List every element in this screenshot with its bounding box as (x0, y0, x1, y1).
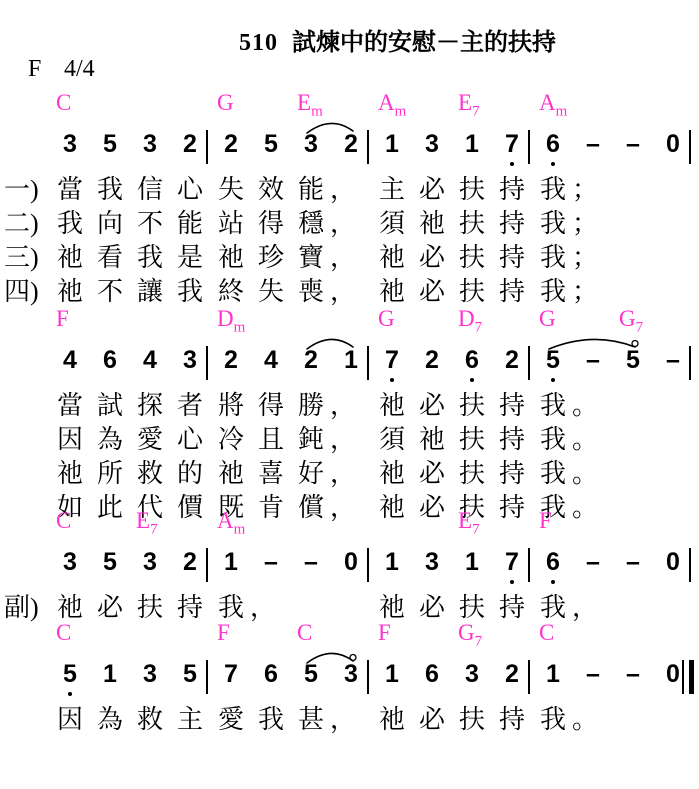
lyric-char: 失 (257, 271, 285, 308)
lyric-char: 心 (176, 169, 204, 206)
lyric-char: 我 (539, 453, 567, 490)
music-system: CE7AmE7F35321––013176––0副)祂必扶持我，祂必扶持我， (0, 506, 699, 620)
barline (367, 130, 369, 164)
music-system: CGEmAmE7Am3532253213176––0一)當我信心失效能，主必扶持… (0, 88, 699, 304)
chord-row: CFCFG7C (0, 618, 699, 652)
barline (528, 548, 530, 582)
duration-dash: – (660, 346, 686, 374)
note: 4 (57, 346, 83, 374)
note: 4 (258, 346, 284, 374)
lyric-char: 因 (56, 419, 84, 456)
chord-subscript: m (234, 320, 246, 336)
note: 2 (499, 660, 525, 688)
chord-subscript: 7 (150, 522, 158, 538)
notes-row: 5135765316321––0 (0, 652, 699, 698)
barline (528, 660, 530, 694)
lyric-char: ， (329, 419, 357, 456)
tie-arc (305, 648, 357, 666)
chord-row: FDmGD7GG7 (0, 304, 699, 338)
lyric-char: 我 (176, 271, 204, 308)
chord-label: G (539, 306, 556, 332)
lyric-char: 持 (498, 419, 526, 456)
note: 3 (459, 660, 485, 688)
lyric-char: 扶 (458, 699, 486, 736)
note: 3 (419, 548, 445, 576)
lyric-char: 愛 (136, 419, 164, 456)
lyric-char: 主 (176, 699, 204, 736)
duration-dash: – (258, 548, 284, 576)
lyric-char: ， (329, 271, 357, 308)
lyric-line: 副)祂必扶持我，祂必扶持我， (0, 586, 699, 620)
lyric-line: 當試探者將得勝，祂必扶持我。 (0, 384, 699, 418)
lyric-char: 必 (418, 453, 446, 490)
lyric-line: 祂所救的祂喜好，祂必扶持我。 (0, 452, 699, 486)
lyric-char: 看 (96, 237, 124, 274)
lyric-char: 我 (539, 169, 567, 206)
lyric-char: 。 (571, 699, 599, 736)
lyric-char: 祂 (378, 271, 406, 308)
note: 2 (177, 548, 203, 576)
lyric-char: 當 (56, 169, 84, 206)
note: 7 (499, 130, 525, 158)
lyric-char: 站 (217, 203, 245, 240)
notes-row: 4643242172625–5– (0, 338, 699, 384)
lyric-char: 的 (176, 453, 204, 490)
lyric-char: 必 (418, 237, 446, 274)
lyric-char: 扶 (458, 271, 486, 308)
barline (689, 346, 691, 380)
chord-label: Am (217, 508, 245, 534)
lyric-char: 能 (176, 203, 204, 240)
lyric-char: 須 (378, 419, 406, 456)
lyric-char: 因 (56, 699, 84, 736)
note: 6 (459, 346, 485, 374)
lyric-char: 我 (257, 699, 285, 736)
lyric-char: 喪 (297, 271, 325, 308)
lyric-char: 得 (257, 203, 285, 240)
lyric-char: 祂 (418, 419, 446, 456)
tie-arc (547, 334, 639, 352)
chord-label: F (539, 508, 552, 534)
chord-label: E7 (458, 90, 480, 116)
lyric-char: 能 (297, 169, 325, 206)
chord-label: Am (378, 90, 406, 116)
lyric-char: 我 (539, 237, 567, 274)
note: 6 (540, 130, 566, 158)
note: 5 (57, 660, 83, 688)
lyric-char: 我 (56, 203, 84, 240)
note: 6 (258, 660, 284, 688)
chord-row: CE7AmE7F (0, 506, 699, 540)
note: 1 (379, 660, 405, 688)
note: 3 (137, 548, 163, 576)
tie-arc (305, 118, 357, 136)
lyric-char: 持 (498, 453, 526, 490)
lyric-char: 愛 (217, 699, 245, 736)
lyric-char: ， (329, 699, 357, 736)
note: 1 (540, 660, 566, 688)
duration-dash: – (620, 130, 646, 158)
hymn-number: 510 (239, 30, 278, 56)
note: 5 (97, 130, 123, 158)
lyric-char: 持 (498, 385, 526, 422)
low-octave-dot (510, 162, 514, 166)
lyric-char: 當 (56, 385, 84, 422)
lyric-char: 祂 (217, 237, 245, 274)
lyric-char: 鈍 (297, 419, 325, 456)
chord-label: C (297, 620, 312, 646)
lyric-char: ； (571, 169, 599, 206)
lyric-char: 救 (136, 699, 164, 736)
lyric-char: 。 (571, 419, 599, 456)
lyric-char: 祂 (378, 453, 406, 490)
lyric-char: 我 (136, 237, 164, 274)
hymn-sheet: 510試煉中的安慰－主的扶持 F 4/4 CGEmAmE7Am353225321… (0, 0, 699, 789)
key-tonality: F (28, 56, 41, 83)
note: 3 (137, 130, 163, 158)
lyric-char: 必 (418, 271, 446, 308)
note: 2 (419, 346, 445, 374)
lyric-char: 是 (176, 237, 204, 274)
note: 7 (218, 660, 244, 688)
lyric-line: 因為救主愛我甚，祂必扶持我。 (0, 698, 699, 732)
music-systems: CGEmAmE7Am3532253213176––0一)當我信心失效能，主必扶持… (0, 88, 699, 732)
lyric-char: ； (571, 203, 599, 240)
music-system: CFCFG7C5135765316321––0因為救主愛我甚，祂必扶持我。 (0, 618, 699, 732)
lyric-char: 心 (176, 419, 204, 456)
chord-label: F (56, 306, 69, 332)
lyric-char: 不 (136, 203, 164, 240)
barline (689, 548, 691, 582)
barline (689, 130, 691, 164)
note: 1 (379, 548, 405, 576)
lyric-char: 為 (96, 419, 124, 456)
music-system: FDmGD7GG74643242172625–5–當試探者將得勝，祂必扶持我。因… (0, 304, 699, 520)
verse-label: 一) (4, 169, 39, 206)
lyric-char: 我 (539, 385, 567, 422)
verse-label: 四) (4, 271, 39, 308)
lyric-char: 珍 (257, 237, 285, 274)
lyric-char: 我 (539, 699, 567, 736)
lyric-char: 且 (257, 419, 285, 456)
low-octave-dot (68, 692, 72, 696)
lyric-char: 祂 (378, 237, 406, 274)
time-signature: 4/4 (64, 56, 95, 83)
final-barline-thick (689, 660, 694, 694)
note: 2 (177, 130, 203, 158)
barline (528, 346, 530, 380)
lyric-char: 穩 (297, 203, 325, 240)
chord-label: G (378, 306, 395, 332)
chord-label: E7 (458, 508, 480, 534)
lyric-char: 甚 (297, 699, 325, 736)
note: 0 (338, 548, 364, 576)
lyric-char: 將 (217, 385, 245, 422)
lyric-char: 為 (96, 699, 124, 736)
chord-label: Dm (217, 306, 245, 332)
lyric-char: 所 (96, 453, 124, 490)
note: 5 (97, 548, 123, 576)
lyric-char: 扶 (458, 453, 486, 490)
lyric-char: 我 (539, 271, 567, 308)
lyric-char: ， (329, 203, 357, 240)
barline (206, 346, 208, 380)
lyric-char: ， (329, 237, 357, 274)
lyric-char: ， (329, 453, 357, 490)
barline (206, 130, 208, 164)
note: 1 (459, 548, 485, 576)
lyric-char: 。 (571, 385, 599, 422)
chord-subscript: m (234, 522, 246, 538)
barline (367, 346, 369, 380)
barline (528, 130, 530, 164)
lyric-char: 效 (257, 169, 285, 206)
chord-subscript: m (395, 104, 407, 120)
duration-dash: – (620, 548, 646, 576)
lyric-char: 扶 (458, 419, 486, 456)
chord-subscript: 7 (472, 104, 480, 120)
note: 6 (419, 660, 445, 688)
chord-label: F (378, 620, 391, 646)
chord-label: G (217, 90, 234, 116)
lyric-char: 試 (96, 385, 124, 422)
lyric-char: 必 (418, 169, 446, 206)
note: 0 (660, 548, 686, 576)
lyric-char: 祂 (378, 385, 406, 422)
chord-label: E7 (136, 508, 158, 534)
lyric-line: 二)我向不能站得穩，須祂扶持我； (0, 202, 699, 236)
duration-dash: – (298, 548, 324, 576)
lyric-char: 扶 (458, 237, 486, 274)
lyric-char: 祂 (378, 699, 406, 736)
note: 3 (419, 130, 445, 158)
lyric-char: 持 (498, 237, 526, 274)
lyric-char: 必 (418, 385, 446, 422)
lyric-char: 寶 (297, 237, 325, 274)
chord-subscript: 7 (475, 634, 483, 650)
page-title: 510試煉中的安慰－主的扶持 (48, 22, 699, 57)
lyric-char: 祂 (56, 453, 84, 490)
chord-label: G7 (458, 620, 482, 646)
note: 1 (97, 660, 123, 688)
chord-subscript: m (556, 104, 568, 120)
low-octave-dot (551, 378, 555, 382)
lyric-char: 喜 (257, 453, 285, 490)
note: 3 (137, 660, 163, 688)
note: 0 (660, 660, 686, 688)
lyric-line: 四)祂不讓我終失喪，祂必扶持我； (0, 270, 699, 304)
barline (367, 548, 369, 582)
lyric-char: 終 (217, 271, 245, 308)
note: 1 (459, 130, 485, 158)
duration-dash: – (620, 660, 646, 688)
note: 0 (660, 130, 686, 158)
notes-row: 3532253213176––0 (0, 122, 699, 168)
lyric-line: 一)當我信心失效能，主必扶持我； (0, 168, 699, 202)
note: 3 (57, 130, 83, 158)
low-octave-dot (390, 378, 394, 382)
lyric-char: 持 (498, 203, 526, 240)
lyric-char: 持 (498, 699, 526, 736)
note: 6 (97, 346, 123, 374)
duration-dash: – (580, 548, 606, 576)
lyric-char: 探 (136, 385, 164, 422)
note: 7 (499, 548, 525, 576)
lyric-char: 必 (418, 699, 446, 736)
lyric-char: 信 (136, 169, 164, 206)
note: 5 (177, 660, 203, 688)
lyric-char: 冷 (217, 419, 245, 456)
note: 6 (540, 548, 566, 576)
note: 2 (218, 346, 244, 374)
note: 2 (499, 346, 525, 374)
lyric-char: 者 (176, 385, 204, 422)
notes-row: 35321––013176––0 (0, 540, 699, 586)
chord-label: F (217, 620, 230, 646)
lyric-char: 。 (571, 453, 599, 490)
key-signature-row: F 4/4 (0, 56, 699, 86)
note: 2 (218, 130, 244, 158)
lyric-char: 救 (136, 453, 164, 490)
lyric-char: ； (571, 237, 599, 274)
lyric-char: 失 (217, 169, 245, 206)
note: 3 (57, 548, 83, 576)
note: 5 (258, 130, 284, 158)
verse-label: 二) (4, 203, 39, 240)
lyric-char: 好 (297, 453, 325, 490)
lyric-char: 得 (257, 385, 285, 422)
low-octave-dot (551, 162, 555, 166)
lyric-char: 祂 (56, 237, 84, 274)
lyric-char: 不 (96, 271, 124, 308)
chord-label: C (56, 508, 71, 534)
barline (206, 548, 208, 582)
lyric-char: 扶 (458, 203, 486, 240)
lyric-char: 扶 (458, 385, 486, 422)
lyric-char: 扶 (458, 169, 486, 206)
barline (367, 660, 369, 694)
barline (206, 660, 208, 694)
lyric-char: 向 (96, 203, 124, 240)
note: 1 (218, 548, 244, 576)
tie-arc (305, 334, 357, 352)
duration-dash: – (580, 130, 606, 158)
lyric-char: 須 (378, 203, 406, 240)
lyric-char: 持 (498, 169, 526, 206)
hymn-name: 試煉中的安慰－主的扶持 (292, 30, 556, 56)
note: 7 (379, 346, 405, 374)
note: 1 (379, 130, 405, 158)
lyric-char: 祂 (217, 453, 245, 490)
chord-subscript: 7 (472, 522, 480, 538)
lyric-char: 我 (539, 419, 567, 456)
note: 4 (137, 346, 163, 374)
chord-label: C (56, 90, 71, 116)
lyric-char: ， (329, 169, 357, 206)
verse-label: 三) (4, 237, 39, 274)
chord-row: CGEmAmE7Am (0, 88, 699, 122)
lyric-char: 祂 (418, 203, 446, 240)
lyric-char: 主 (378, 169, 406, 206)
chord-label: Em (297, 90, 323, 116)
lyric-char: 祂 (56, 271, 84, 308)
low-octave-dot (470, 378, 474, 382)
low-octave-dot (510, 580, 514, 584)
lyric-char: 勝 (297, 385, 325, 422)
chord-subscript: 7 (475, 320, 483, 336)
lyric-char: 讓 (136, 271, 164, 308)
chord-label: D7 (458, 306, 482, 332)
chord-label: C (56, 620, 71, 646)
lyric-line: 因為愛心冷且鈍，須祂扶持我。 (0, 418, 699, 452)
chord-label: G7 (619, 306, 643, 332)
note: 3 (177, 346, 203, 374)
chord-label: C (539, 620, 554, 646)
chord-label: Am (539, 90, 567, 116)
lyric-char: ， (329, 385, 357, 422)
low-octave-dot (551, 580, 555, 584)
lyric-char: 我 (96, 169, 124, 206)
lyric-char: ； (571, 271, 599, 308)
lyric-char: 我 (539, 203, 567, 240)
duration-dash: – (580, 660, 606, 688)
lyric-char: 持 (498, 271, 526, 308)
lyric-line: 三)祂看我是祂珍寶，祂必扶持我； (0, 236, 699, 270)
